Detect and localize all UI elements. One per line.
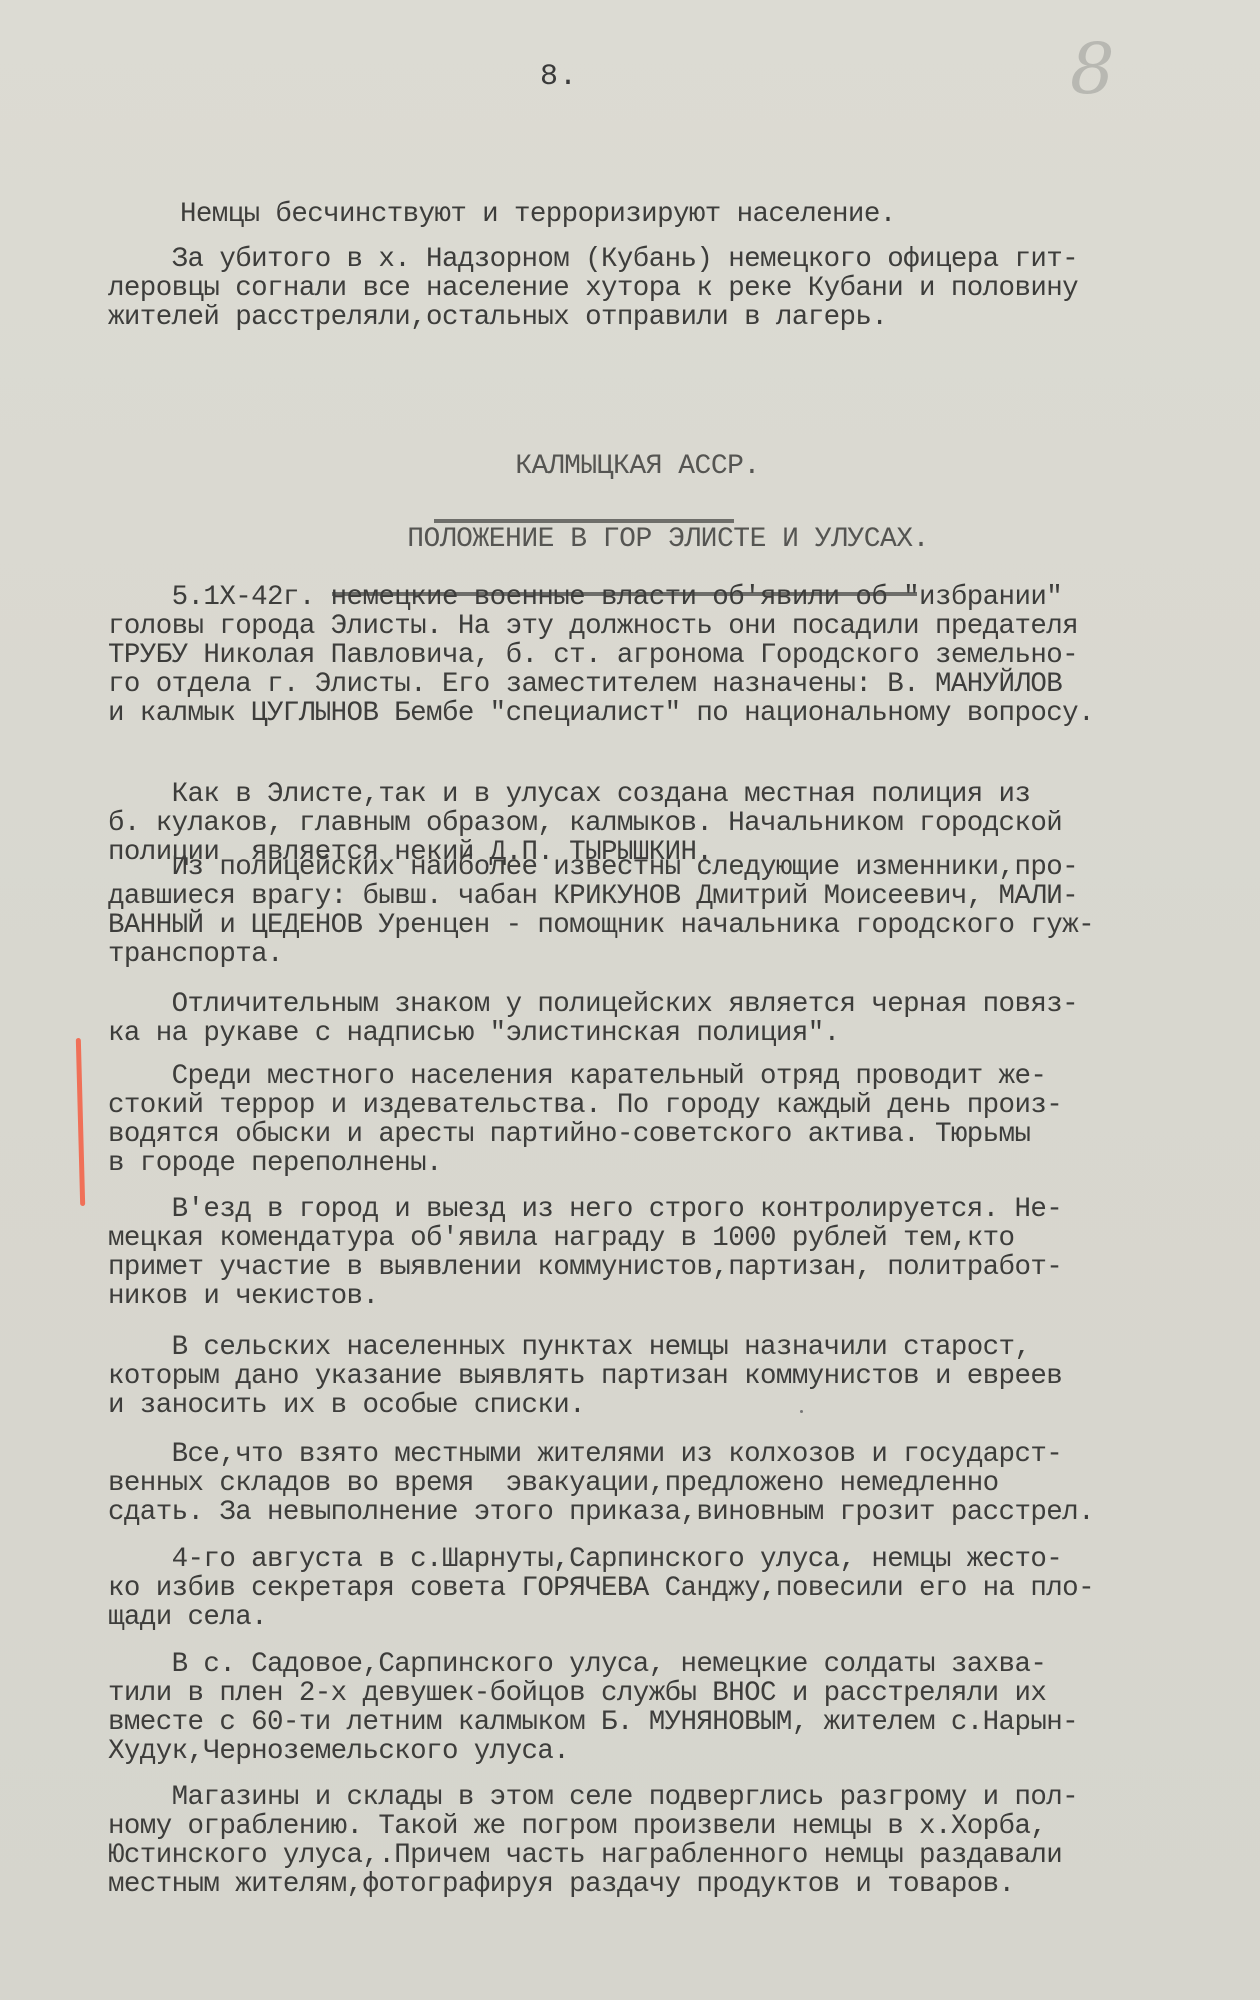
handwritten-page-number: 8 (1070, 28, 1115, 110)
section-subtitle-text: ПОЛОЖЕНИЕ В ГОР ЭЛИСТЕ И УЛУСАХ. (407, 524, 929, 555)
paragraph: Все,что взято местными жителями из колхо… (108, 1440, 1238, 1527)
document-page: 8. 8 КАЛМЫЦКАЯ АССР. ПОЛОЖЕНИЕ В ГОР ЭЛИ… (0, 0, 1260, 2000)
paragraph: Отличительным знаком у полицейских являе… (108, 990, 1238, 1048)
paragraph: 4-го августа в с.Шарнуты,Сарпинского улу… (108, 1545, 1238, 1632)
paragraph: В сельских населенных пунктах немцы назн… (108, 1333, 1238, 1420)
intro-paragraph: За убитого в х. Надзорном (Кубань) немец… (108, 245, 1238, 332)
paragraph: В'езд в город и выезд из него строго кон… (108, 1195, 1238, 1311)
intro-paragraph: Немцы бесчинствуют и терроризируют насел… (180, 200, 1260, 229)
ink-speck (800, 1410, 803, 1413)
section-title-text: КАЛМЫЦКАЯ АССР. (515, 451, 760, 482)
paragraph: Из полицейских наиболее известны следующ… (108, 853, 1238, 969)
paragraph: Среди местного населения карательный отр… (108, 1062, 1238, 1178)
paragraph: В с. Садовое,Сарпинского улуса, немецкие… (108, 1650, 1238, 1766)
red-margin-mark (76, 1038, 85, 1206)
paragraph: 5.1Х-42г. немецкие военные власти об'яви… (108, 583, 1238, 728)
page-number: 8. (540, 60, 578, 94)
paragraph: Магазины и склады в этом селе подверглис… (108, 1783, 1238, 1899)
